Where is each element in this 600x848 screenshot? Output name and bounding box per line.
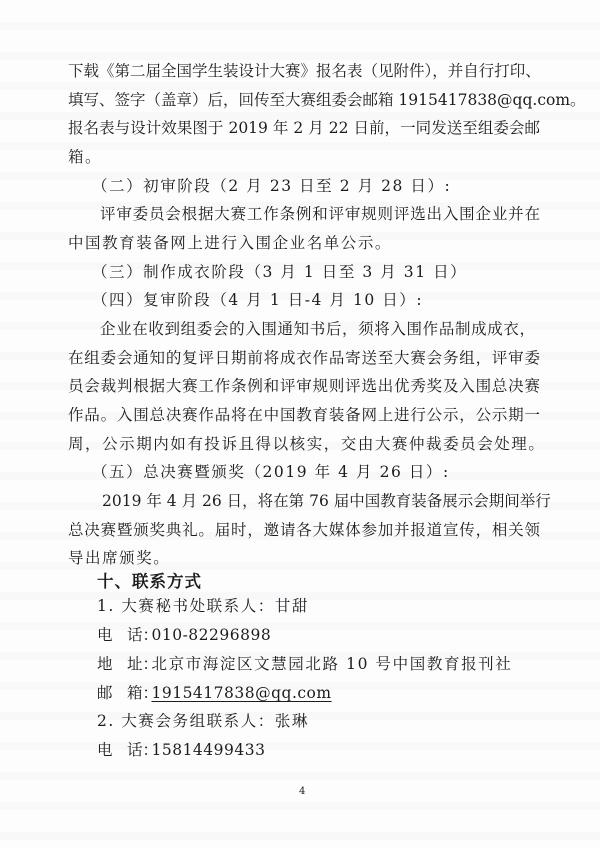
document-page: 下载《第二届全国学生装设计大赛》报名表（见附件），并自行打印、 填写、签字（盖章… xyxy=(0,0,600,848)
address-value: 北京市海淀区文慧园北路 10 号中国教育报刊社 xyxy=(151,655,512,673)
paragraph-line: 作品。入围总决赛作品将在中国教育装备网上进行公示，公示期一 xyxy=(68,406,540,424)
address-label: 地址： xyxy=(97,655,145,673)
stage-3-title: （三）制作成衣阶段（3 月 1 日至 3 月 31 日） xyxy=(92,263,467,281)
phone-label: 电话： xyxy=(97,626,145,644)
page-number: 4 xyxy=(299,786,305,797)
paragraph-line: 下载《第二届全国学生装设计大赛》报名表（见附件），并自行打印、 xyxy=(68,62,540,80)
section-heading: 十、联系方式 xyxy=(97,568,202,592)
contact-1-phone-row: 电话： 010-82296898 xyxy=(97,626,271,644)
paragraph-line: 评审委员会根据大赛工作条例和评审规则评选出入围企业并在 xyxy=(100,205,540,223)
stage-2-title: （二）初审阶段（2 月 23 日至 2 月 28 日）: xyxy=(92,177,451,195)
stage-5-title: （五）总决赛暨颁奖（2019 年 4 月 26 日）: xyxy=(92,463,450,481)
paragraph-line: 在组委会通知的复评日期前将成衣作品寄送至大赛会务组，评审委 xyxy=(68,349,540,367)
contact-2-title: 2. 大赛会务组联系人：张琳 xyxy=(97,712,309,730)
phone-value: 010-82296898 xyxy=(151,626,271,644)
contact-1-email-row: 邮箱： 1915417838@qq.com xyxy=(97,684,332,702)
paragraph-line: 报名表与设计效果图于 2019 年 2 月 22 日前，一同发送至组委会邮 xyxy=(68,119,540,137)
stage-4-title: （四）复审阶段（4 月 1 日-4 月 10 日）: xyxy=(92,291,423,309)
contact-1-title: 1. 大赛秘书处联系人：甘甜 xyxy=(97,597,309,615)
paragraph-line: 箱。 xyxy=(68,148,102,166)
paragraph-line: 中国教育装备网上进行入围企业名单公示。 xyxy=(68,234,392,252)
phone-value: 15814499433 xyxy=(151,741,265,759)
paragraph-line: 填写、签字（盖章）后，回传至大赛组委会邮箱 1915417838@qq.com。 xyxy=(68,91,540,109)
email-link[interactable]: 1915417838@qq.com xyxy=(151,684,331,702)
paragraph-line: 员会裁判根据大赛工作条例和评审规则评选出优秀奖及入围总决赛 xyxy=(68,377,540,395)
paragraph-line: 企业在收到组委会的入围通知书后，须将入围作品制成成衣， xyxy=(100,320,535,338)
contact-2-phone-row: 电话： 15814499433 xyxy=(97,741,265,759)
paragraph-line: 导出席颁奖。 xyxy=(68,549,170,567)
paragraph-line: 总决赛暨颁奖典礼。届时，邀请各大媒体参加并报道宣传，相关领 xyxy=(68,521,540,539)
contact-1-address-row: 地址： 北京市海淀区文慧园北路 10 号中国教育报刊社 xyxy=(97,655,512,673)
paragraph-line: 2019 年 4 月 26 日，将在第 76 届中国教育装备展示会期间举行 xyxy=(102,492,540,510)
phone-label: 电话： xyxy=(97,741,145,759)
paragraph-line: 周，公示期内如有投诉且得以核实，交由大赛仲裁委员会处理。 xyxy=(68,435,545,453)
email-label: 邮箱： xyxy=(97,684,145,702)
